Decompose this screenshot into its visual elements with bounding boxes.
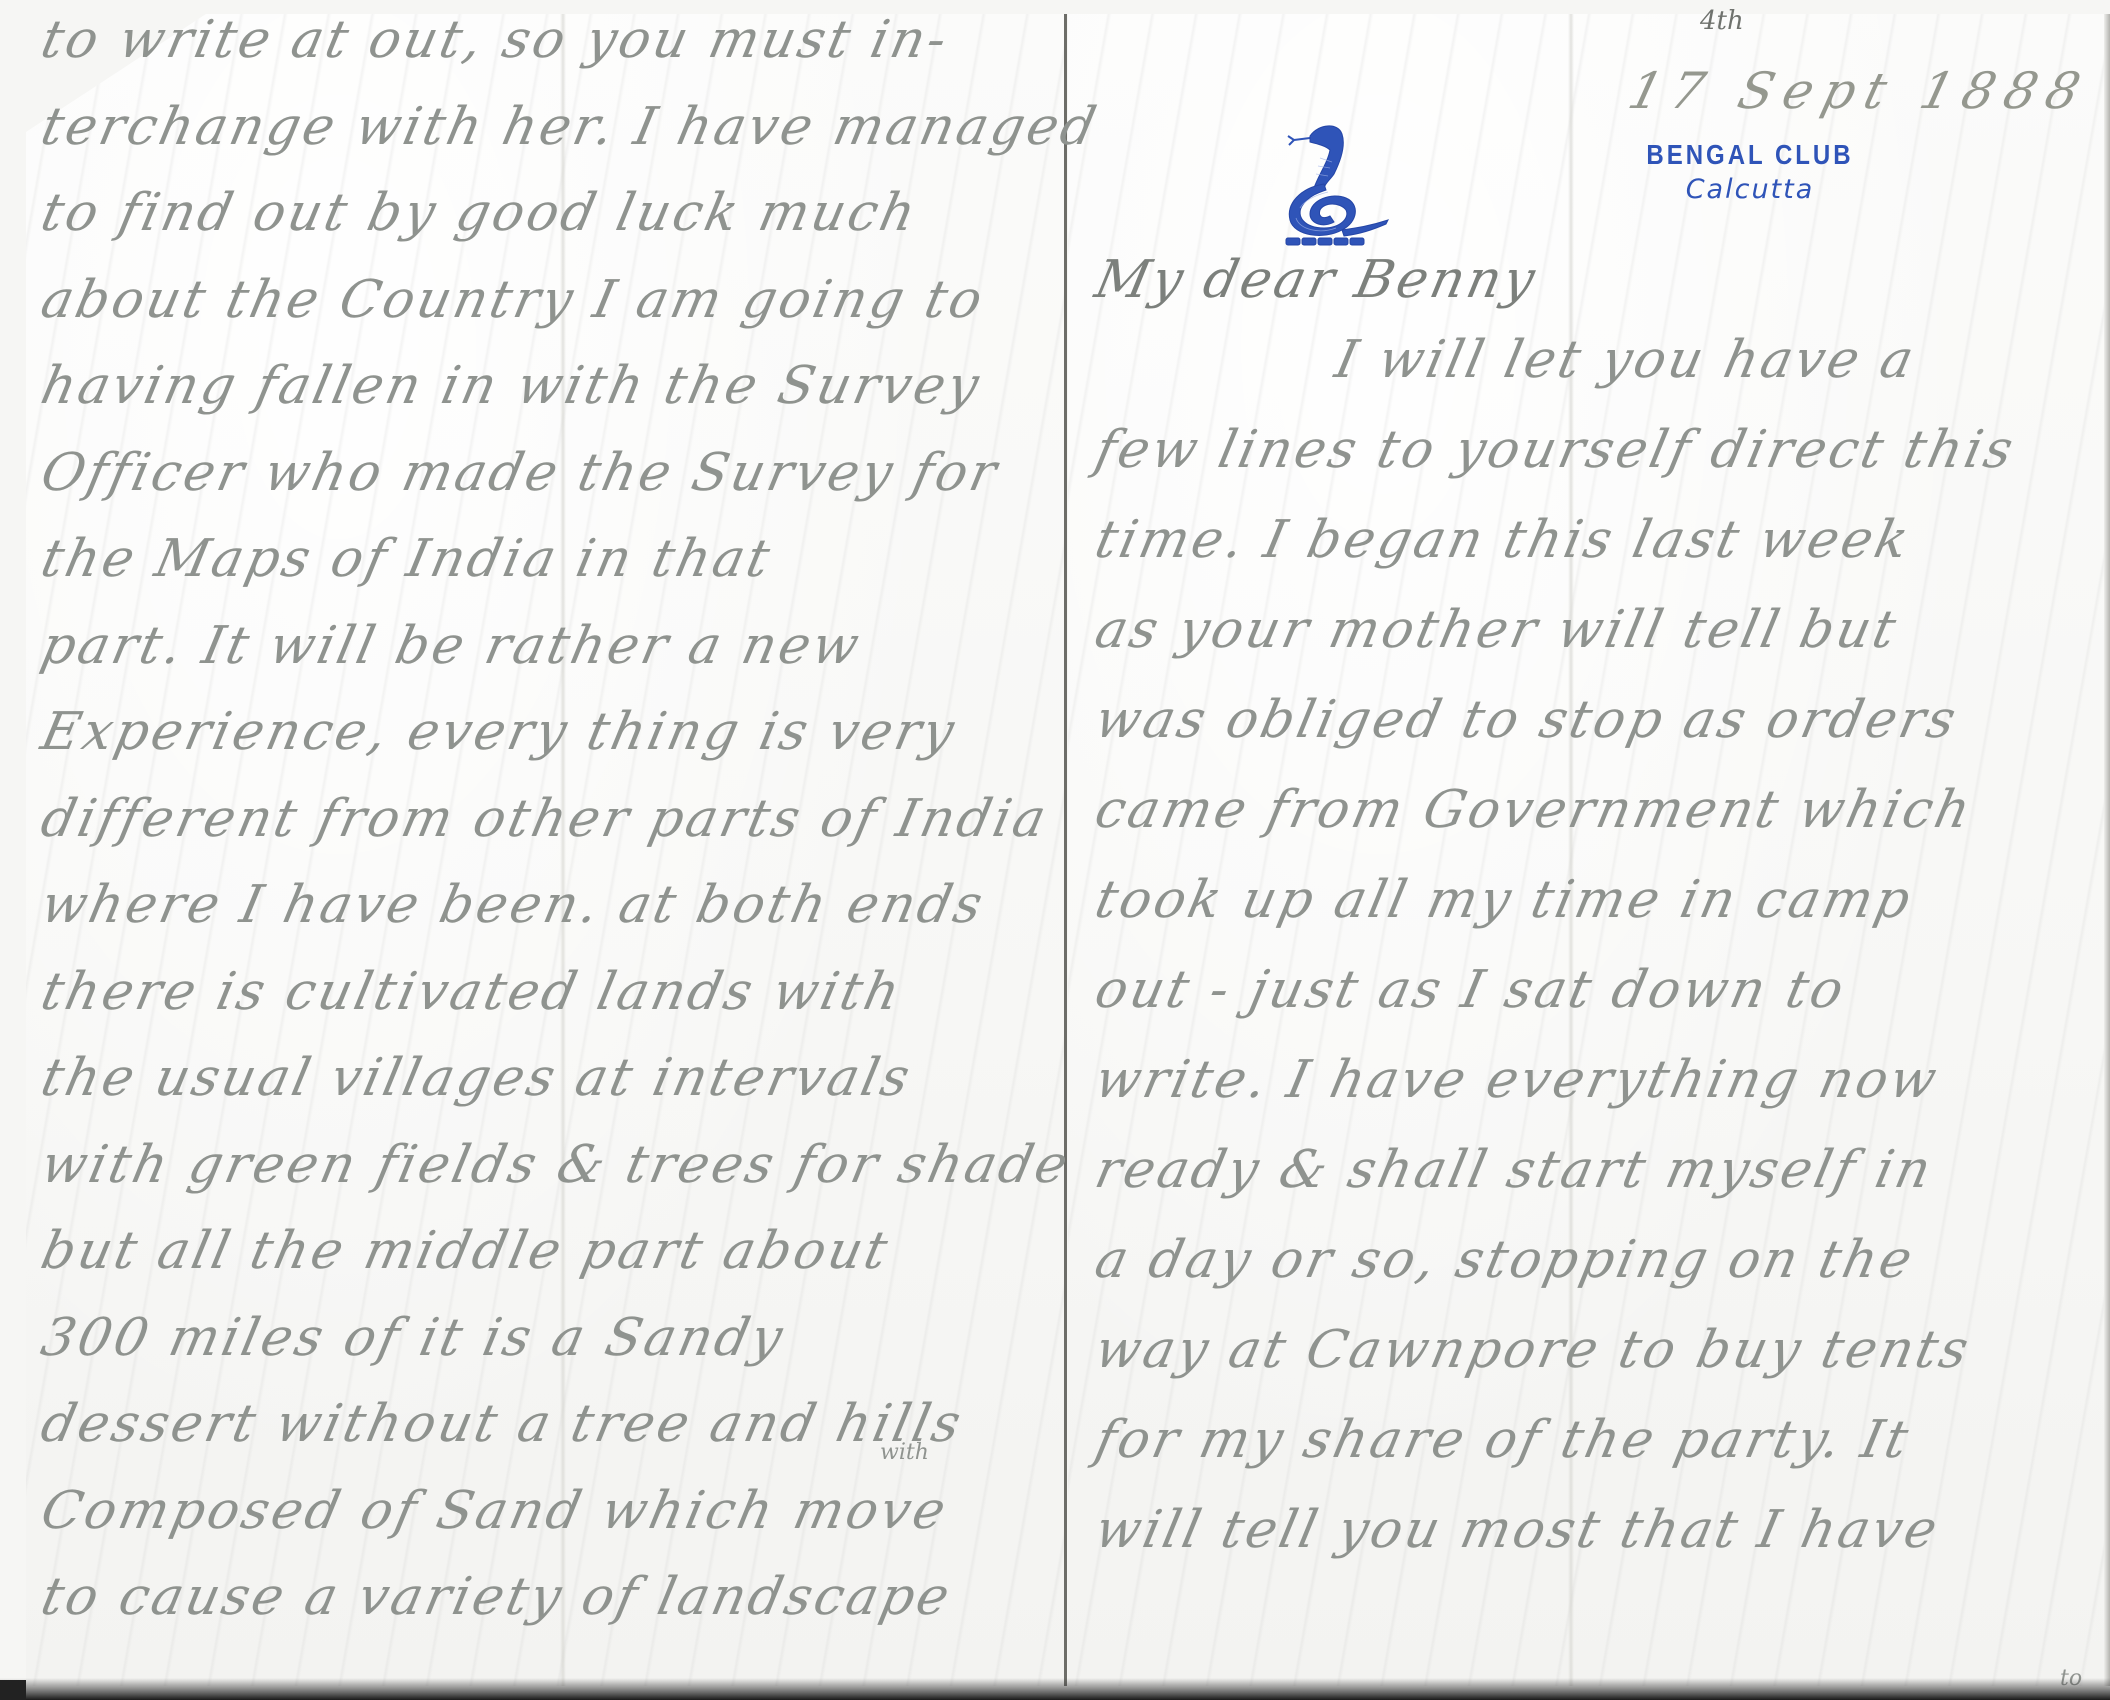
handwritten-line: out - just as I sat down to — [1090, 960, 1852, 1020]
handwritten-line: a day or so, stopping on the — [1090, 1230, 1920, 1290]
scanned-letter: 4th 17 Sept 1888 BENGAL CLUB Calcutta — [0, 0, 2110, 1700]
handwritten-line: was obliged to stop as orders — [1090, 690, 1964, 750]
letterhead: BENGAL CLUB Calcutta — [1640, 142, 1860, 205]
handwritten-line: time. I began this last week — [1090, 510, 1916, 570]
handwritten-line: having fallen in with the Survey — [36, 356, 987, 416]
handwritten-line: for my share of the party. It — [1090, 1410, 1916, 1470]
handwritten-line: write. I have everything now — [1090, 1050, 1945, 1110]
handwritten-line: to write at out, so you must in- — [36, 10, 955, 70]
handwritten-line: ready & shall start myself in — [1090, 1140, 1939, 1200]
handwritten-line: as your mother will tell but — [1090, 600, 1904, 660]
scan-bottom-shadow — [0, 1678, 2110, 1700]
handwritten-line: Experience, every thing is very — [36, 702, 962, 762]
handwritten-line: took up all my time in camp — [1090, 870, 1918, 930]
handwritten-line: part. It will be rather a new — [36, 616, 867, 676]
handwritten-line: Officer who made the Survey for — [36, 443, 1005, 503]
handwritten-line: came from Government which — [1090, 780, 1978, 840]
salutation: My dear Benny — [1090, 250, 1543, 310]
handwritten-line: with green fields & trees for shade — [36, 1135, 1076, 1195]
handwritten-line: the usual villages at intervals — [36, 1048, 918, 1108]
handwritten-line: different from other parts of India — [36, 789, 1054, 849]
handwritten-line: to cause a variety of landscape — [36, 1567, 957, 1627]
handwritten-line: dessert without a tree and hills — [36, 1394, 969, 1454]
scan-corner-shadow — [0, 1680, 26, 1700]
handwritten-line: 300 miles of it is a Sandy — [36, 1308, 790, 1368]
cobra-crest-icon — [1280, 118, 1400, 248]
page-divider — [1064, 14, 1067, 1686]
handwritten-line: there is cultivated lands with — [36, 962, 908, 1022]
page-number: 4th — [1700, 6, 1744, 36]
handwritten-line: the Maps of India in that — [36, 529, 778, 589]
club-name: BENGAL CLUB — [1640, 140, 1860, 172]
handwritten-line: will tell you most that I have — [1090, 1500, 1945, 1560]
club-city: Calcutta — [1640, 174, 1860, 205]
handwritten-line: way at Cawnpore to buy tents — [1090, 1320, 1976, 1380]
handwritten-line: terchange with her. I have managed — [36, 97, 1104, 157]
handwritten-line: few lines to yourself direct this — [1090, 420, 2021, 480]
paper-edge — [2104, 14, 2110, 1686]
handwritten-line: but all the middle part about — [36, 1221, 895, 1281]
handwritten-line: to find out by good luck much — [36, 183, 924, 243]
handwritten-line: about the Country I am going to — [36, 270, 990, 330]
handwritten-line: Composed of Sand which move — [36, 1481, 954, 1541]
insertion-note: with — [880, 1440, 929, 1465]
handwritten-line: I will let you have a — [1330, 330, 1921, 390]
handwritten-line: where I have been. at both ends — [36, 875, 990, 935]
letter-date: 17 Sept 1888 — [1623, 62, 2096, 120]
